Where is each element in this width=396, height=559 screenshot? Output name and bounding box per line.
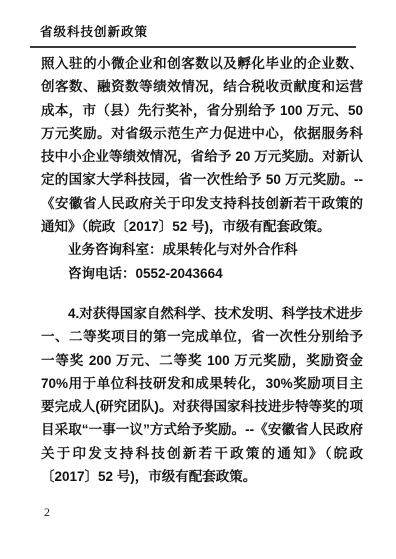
paragraph-consult-office: 业务咨询科室：成果转化与对外合作科 bbox=[41, 238, 363, 261]
paragraph-consult-phone: 咨询电话：0552-2043664 bbox=[41, 262, 363, 285]
document-body: 照入驻的小微企业和创客数以及孵化毕业的企业数、创客数、融资数等绩效情况，结合税收… bbox=[41, 52, 363, 488]
paragraph-policy-4: 4.对获得国家自然科学、技术发明、科学技术进步一、二等奖项目的第一完成单位，省一… bbox=[41, 302, 363, 488]
paragraph-policy-3-continuation: 照入驻的小微企业和创客数以及孵化毕业的企业数、创客数、融资数等绩效情况，结合税收… bbox=[41, 52, 363, 238]
page-number: 2 bbox=[44, 505, 50, 520]
header-divider bbox=[30, 46, 356, 48]
page-header-title: 省级科技创新政策 bbox=[40, 22, 148, 40]
document-page: 省级科技创新政策 照入驻的小微企业和创客数以及孵化毕业的企业数、创客数、融资数等… bbox=[0, 0, 396, 559]
